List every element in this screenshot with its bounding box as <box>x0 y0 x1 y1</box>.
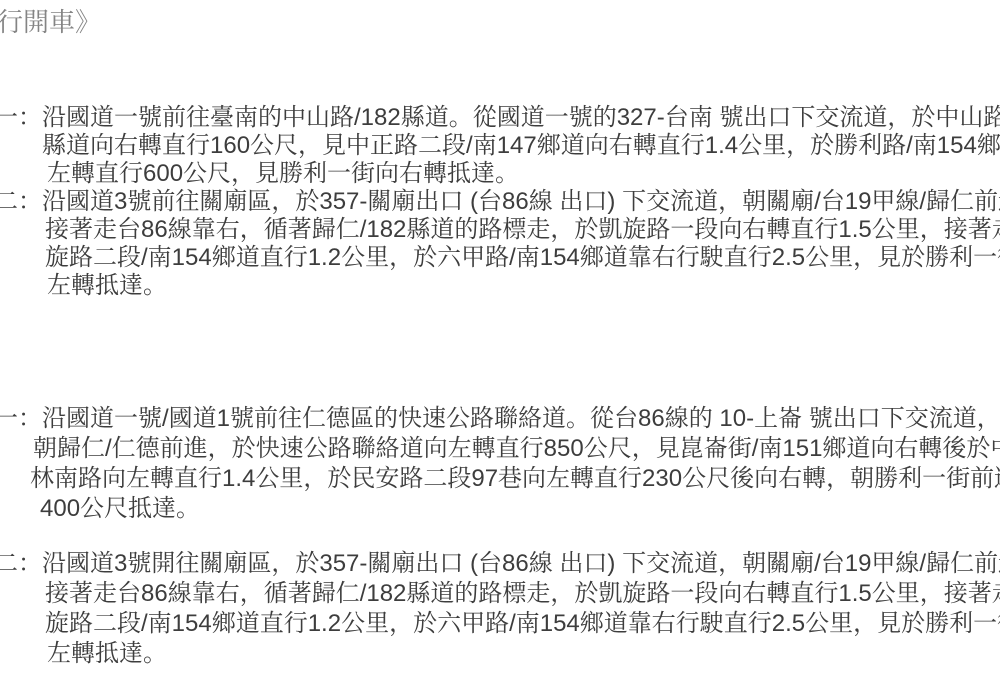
route-line: 一：沿國道一號/國道1號前往仁德區的快速公路聯絡道。從台86線的 10-上崙 號… <box>0 404 1000 434</box>
route-line: 左轉抵達。 <box>47 272 1000 300</box>
route-line: 旋路二段/南154鄉道直行1.2公里，於六甲路/南154鄉道靠右行駛直行2.5公… <box>45 244 1000 272</box>
route-line: 左轉抵達。 <box>47 639 1000 669</box>
route-line: 400公尺抵達。 <box>40 494 1000 524</box>
route-line: 左轉直行600公尺，見勝利一街向右轉抵達。 <box>47 160 1000 188</box>
route-line: 縣道向右轉直行160公尺，見中正路二段/南147鄉道向右轉直行1.4公里，於勝利… <box>42 132 1000 160</box>
document-page: 行開車》 一：沿國道一號前往臺南的中山路/182縣道。從國道一號的327-台南 … <box>0 0 1000 685</box>
route-line: 林南路向左轉直行1.4公里，於民安路二段97巷向左轉直行230公尺後向右轉，朝勝… <box>30 464 1000 494</box>
route-item-2-2: 二：沿國道3號開往關廟區，於357-關廟出口 (台86線 出口) 下交流道，朝關… <box>0 549 1000 669</box>
route-line: 二：沿國道3號前往關廟區，於357-關廟出口 (台86線 出口) 下交流道，朝關… <box>0 188 1000 216</box>
page-title-fragment: 行開車》 <box>0 5 101 39</box>
route-line: 接著走台86線靠右，循著歸仁/182縣道的路標走，於凱旋路一段向右轉直行1.5公… <box>45 579 1000 609</box>
route-line: 二：沿國道3號開往關廟區，於357-關廟出口 (台86線 出口) 下交流道，朝關… <box>0 549 1000 579</box>
route-line: 朝歸仁/仁德前進，於快速公路聯絡道向左轉直行850公尺，見崑崙街/南151鄉道向… <box>33 434 1000 464</box>
route-line: 接著走台86線靠右，循著歸仁/182縣道的路標走，於凱旋路一段向右轉直行1.5公… <box>45 216 1000 244</box>
route-line: 旋路二段/南154鄉道直行1.2公里，於六甲路/南154鄉道靠右行駛直行2.5公… <box>45 609 1000 639</box>
route-item-1-2: 二：沿國道3號前往關廟區，於357-關廟出口 (台86線 出口) 下交流道，朝關… <box>0 188 1000 300</box>
route-item-2-1: 一：沿國道一號/國道1號前往仁德區的快速公路聯絡道。從台86線的 10-上崙 號… <box>0 404 1000 524</box>
route-item-1-1: 一：沿國道一號前往臺南的中山路/182縣道。從國道一號的327-台南 號出口下交… <box>0 104 1000 188</box>
route-line: 一：沿國道一號前往臺南的中山路/182縣道。從國道一號的327-台南 號出口下交… <box>0 104 1000 132</box>
